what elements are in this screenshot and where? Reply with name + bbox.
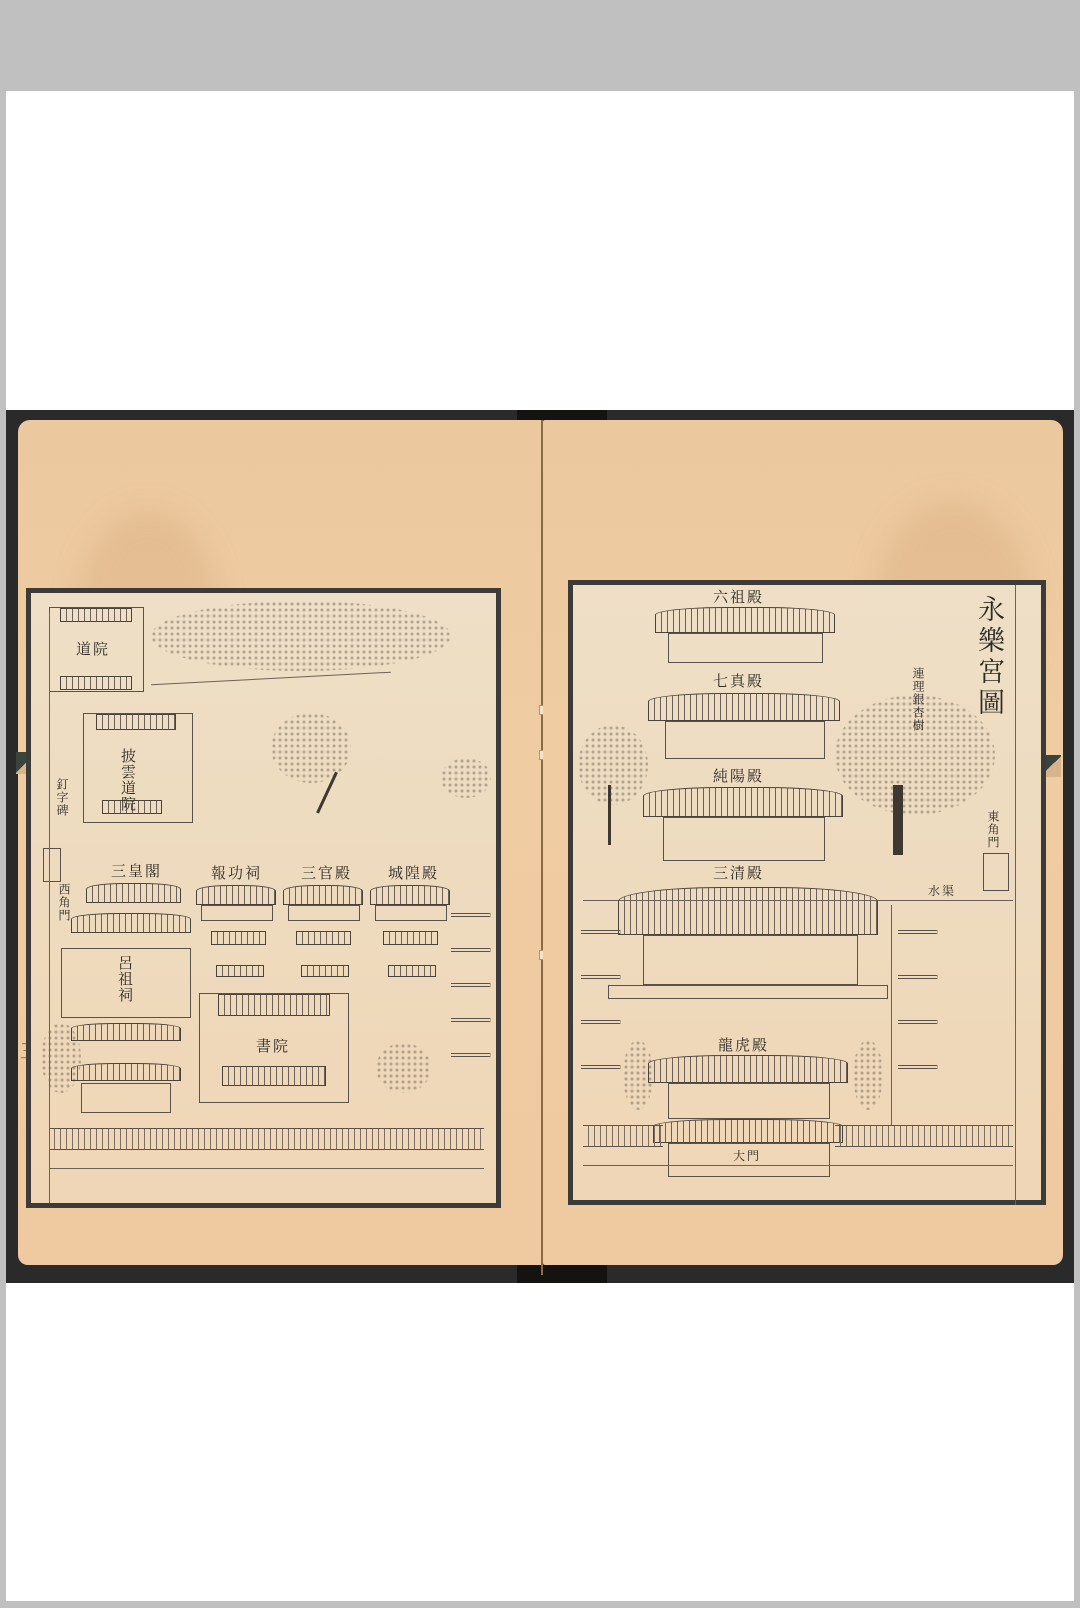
label-main-gate: 大門	[733, 1150, 761, 1163]
label-lvzu-shrine: 呂祖祠	[116, 955, 133, 1003]
lvzu-roof-bottom	[71, 1063, 181, 1081]
ginkgo-trunk	[893, 785, 903, 855]
tree	[271, 713, 351, 783]
water-channel-mark	[581, 1065, 621, 1069]
wall-fence	[49, 1128, 484, 1150]
sanqing-terrace	[608, 985, 888, 999]
tree	[376, 1043, 431, 1093]
baogong-base	[201, 905, 273, 921]
courtyard-wall	[891, 905, 892, 1125]
label-chenghuang-hall: 城隍殿	[388, 865, 439, 882]
title-column-rule	[1015, 585, 1016, 1205]
inner-border	[49, 613, 50, 1203]
tree	[441, 758, 491, 798]
lvzu-base	[81, 1083, 171, 1113]
qizhen-base	[665, 721, 825, 759]
label-academy: 書院	[256, 1038, 290, 1055]
west-gate	[43, 848, 61, 882]
book-scan-image: 三 道院 披雲道院 釘字碑 西角門 三皇閣	[6, 410, 1074, 1283]
label-water-channel: 水渠	[928, 885, 956, 898]
side-building	[216, 965, 264, 977]
lvzu-roof-lower	[71, 1023, 181, 1041]
water-channel-mark	[451, 983, 491, 987]
qizhen-roof	[648, 693, 840, 721]
sanqing-roof	[618, 887, 878, 935]
sanguan-roof	[283, 885, 363, 905]
longhu-roof	[648, 1055, 848, 1083]
water-channel-mark	[581, 930, 621, 934]
label-east-gate: 東角門	[986, 810, 999, 849]
wall-fence	[835, 1125, 1013, 1147]
side-building	[211, 931, 266, 945]
side-building	[383, 931, 438, 945]
label-stele: 釘字碑	[55, 778, 68, 817]
label-sanhuang-pavilion: 三皇閣	[111, 863, 162, 880]
water-channel-mark	[898, 930, 938, 934]
left-illustration-frame: 道院 披雲道院 釘字碑 西角門 三皇閣 呂祖祠 報功祠 三官殿 城隍殿	[26, 588, 501, 1208]
right-illustration-frame: 永樂宮圖 連理銀杏樹 東角門 水渠 六祖殿 七真殿 純陽殿 三清殿 龍虎殿	[568, 580, 1046, 1205]
water-channel-mark	[451, 913, 491, 917]
label-daoyuan: 道院	[76, 641, 110, 658]
wall-fence	[583, 1125, 663, 1147]
water-channel-mark	[581, 1020, 621, 1024]
tree	[853, 1040, 883, 1110]
water-channel-mark	[898, 1065, 938, 1069]
water-channel-mark	[898, 1020, 938, 1024]
sanhuang-roof-lower	[71, 913, 191, 933]
water-channel-mark	[581, 975, 621, 979]
label-qizhen-hall: 七真殿	[713, 673, 764, 690]
page-title: 永樂宮圖	[973, 595, 1004, 719]
tree-trunk	[608, 785, 611, 845]
label-west-gate: 西角門	[57, 883, 70, 922]
chunyang-roof	[643, 787, 843, 817]
side-building	[388, 965, 436, 977]
liuzu-base	[668, 633, 823, 663]
chenghuang-base	[375, 905, 447, 921]
main-gate-roof	[653, 1119, 843, 1143]
tree	[41, 1023, 81, 1093]
chenghuang-roof	[370, 885, 450, 905]
sanhuang-roof	[86, 883, 181, 903]
ground-line	[49, 1168, 484, 1169]
ground-line	[583, 1165, 1013, 1166]
label-liuzu-hall: 六祖殿	[713, 589, 764, 606]
water-channel-mark	[451, 1053, 491, 1057]
east-gate	[983, 853, 1009, 891]
label-sanguan-hall: 三官殿	[301, 865, 352, 882]
baogong-roof	[196, 885, 276, 905]
sanguan-base	[288, 905, 360, 921]
label-chunyang-hall: 純陽殿	[713, 768, 764, 785]
sanqing-base	[643, 935, 858, 985]
chunyang-base	[663, 817, 825, 861]
water-channel-mark	[451, 948, 491, 952]
water-channel-mark	[898, 975, 938, 979]
left-page: 三 道院 披雲道院 釘字碑 西角門 三皇閣	[18, 420, 543, 1265]
tree	[623, 1040, 653, 1110]
liuzu-roof	[655, 607, 835, 633]
side-building	[301, 965, 349, 977]
side-building	[296, 931, 351, 945]
label-sanqing-hall: 三清殿	[713, 865, 764, 882]
longhu-base	[668, 1083, 830, 1119]
label-longhu-hall: 龍虎殿	[718, 1037, 769, 1054]
label-baogong-shrine: 報功祠	[211, 865, 262, 882]
piyun-daoyuan-compound	[83, 713, 193, 823]
water-channel-mark	[451, 1018, 491, 1022]
ginkgo-tree	[835, 695, 995, 815]
tree	[578, 725, 648, 805]
grove-of-trees	[151, 601, 451, 671]
right-page: 卅 永樂宮圖 連理銀杏樹 東角門 水渠 六祖殿 七真殿 純陽殿 三清殿	[543, 420, 1063, 1265]
label-piyun-daoyuan: 披雲道院	[119, 748, 136, 812]
